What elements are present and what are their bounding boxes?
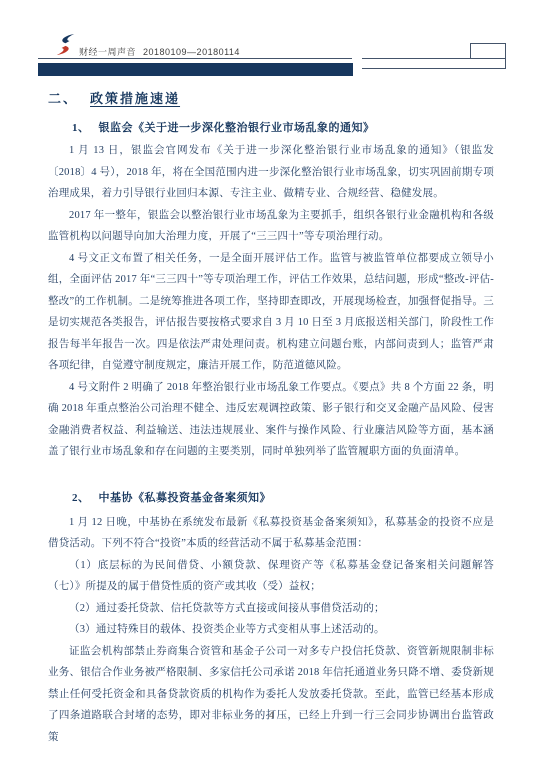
section-title: 二、政策措施速递 xyxy=(48,88,494,107)
header-tab-decoration xyxy=(470,43,506,58)
paragraph: 1 月 13 日，银监会官网发布《关于进一步深化整治银行业市场乱象的通知》（银监… xyxy=(48,140,494,205)
swoosh-s-logo-icon xyxy=(55,33,76,56)
header-date-range: 20180109—20180114 xyxy=(143,47,240,57)
header-navy-bar xyxy=(38,63,353,76)
header-rule xyxy=(38,58,352,59)
paragraph: （1）底层标的为民间借贷、小额贷款、保理资产等《私募基金登记备案相关问题解答（七… xyxy=(48,555,494,598)
paragraph: （2）通过委托贷款、信托贷款等方式直接或间接从事借贷活动的； xyxy=(48,598,494,620)
item-2-title: 2、中基协《私募投资基金备案须知》 xyxy=(48,489,494,505)
document-body: 二、政策措施速递 1、银监会《关于进一步深化整治银行业市场乱象的通知》 1 月 … xyxy=(48,88,494,748)
page-number: 4 xyxy=(0,710,543,720)
paragraph: （3）通过特殊目的载体、投资类企业等方式变相从事上述活动的。 xyxy=(48,619,494,641)
header-outline-band-decoration xyxy=(362,58,506,69)
brand-title: 财经一周声音 xyxy=(79,47,136,57)
section-title-text: 政策措施速递 xyxy=(90,91,180,106)
header-brand-line: 财经一周声音20180109—20180114 xyxy=(79,45,240,58)
paragraph: 2017 年一整年，银监会以整治银行业市场乱象为主要抓手，组织各银行业金融机构和… xyxy=(48,205,494,248)
item-1-title: 1、银监会《关于进一步深化整治银行业市场乱象的通知》 xyxy=(48,119,494,135)
paragraph: 4 号文附件 2 明确了 2018 年整治银行业市场乱象工作要点。《要点》共 8… xyxy=(48,377,494,463)
paragraph: 1 月 12 日晚，中基协在系统发布最新《私募投资基金备案须知》，私募基金的投资… xyxy=(48,512,494,555)
paragraph: 证监会机构部禁止券商集合资管和基金子公司一对多专户投信托贷款、资管新规限制非标业… xyxy=(48,641,494,749)
document-page: 财经一周声音20180109—20180114 二、政策措施速递 1、银监会《关… xyxy=(0,0,543,768)
paragraph: 4 号文正文布置了相关任务，一是全面开展评估工作。监管与被监管单位都要成立领导小… xyxy=(48,248,494,377)
item-2-number: 2、 xyxy=(72,492,90,504)
item-2-title-text: 中基协《私募投资基金备案须知》 xyxy=(99,492,272,504)
item-1-title-text: 银监会《关于进一步深化整治银行业市场乱象的通知》 xyxy=(99,122,375,134)
item-1-number: 1、 xyxy=(72,122,90,134)
section-number: 二、 xyxy=(48,91,78,106)
